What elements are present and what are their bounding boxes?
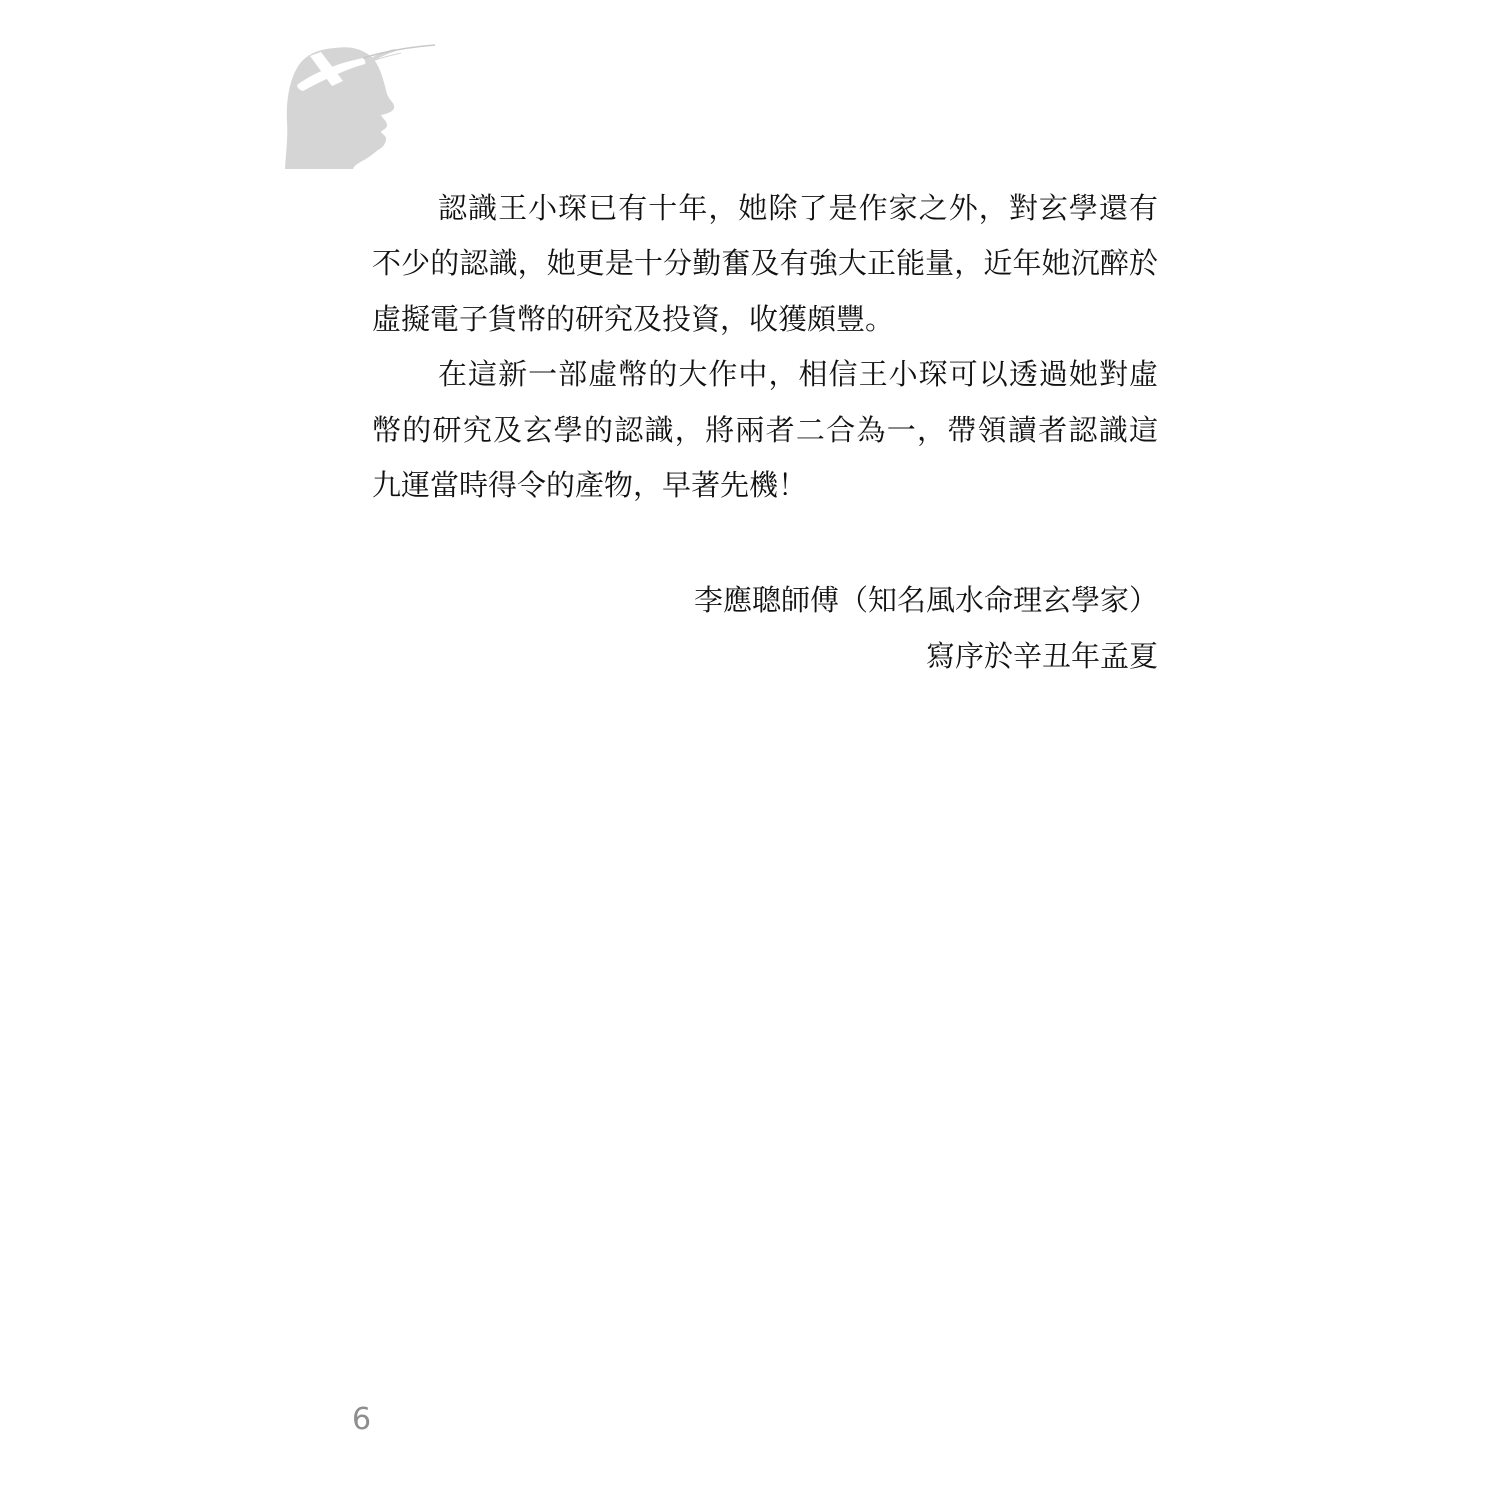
author-head-quill-logo [283, 42, 438, 177]
preface-line-1: 認識王小琛已有十年，她除了是作家之外，對玄學還有 [372, 182, 1158, 237]
quill-tip-line [363, 45, 435, 58]
preface-line-3: 虛擬電子貨幣的研究及投資，收獲頗豐。 [372, 293, 1158, 348]
preface-line-6: 九運當時得令的產物，早著先機！ [372, 459, 1158, 514]
preface-line-5: 幣的研究及玄學的認識，將兩者二合為一，帶領讀者認識這 [372, 404, 1158, 459]
signature-author: 李應聰師傅（知名風水命理玄學家） [372, 574, 1158, 629]
signature-date: 寫序於辛丑年孟夏 [372, 630, 1158, 685]
preface-line-4: 在這新一部虛幣的大作中，相信王小琛可以透過她對虛 [372, 348, 1158, 403]
page-number: 6 [352, 1400, 371, 1440]
preface-line-2: 不少的認識，她更是十分勤奮及有強大正能量，近年她沉醉於 [372, 237, 1158, 292]
book-page: 認識王小琛已有十年，她除了是作家之外，對玄學還有 不少的認識，她更是十分勤奮及有… [0, 0, 1500, 1500]
head-silhouette-icon [283, 42, 438, 177]
signature-block: 李應聰師傅（知名風水命理玄學家） 寫序於辛丑年孟夏 [372, 574, 1158, 685]
preface-text-block: 認識王小琛已有十年，她除了是作家之外，對玄學還有 不少的認識，她更是十分勤奮及有… [372, 182, 1158, 685]
